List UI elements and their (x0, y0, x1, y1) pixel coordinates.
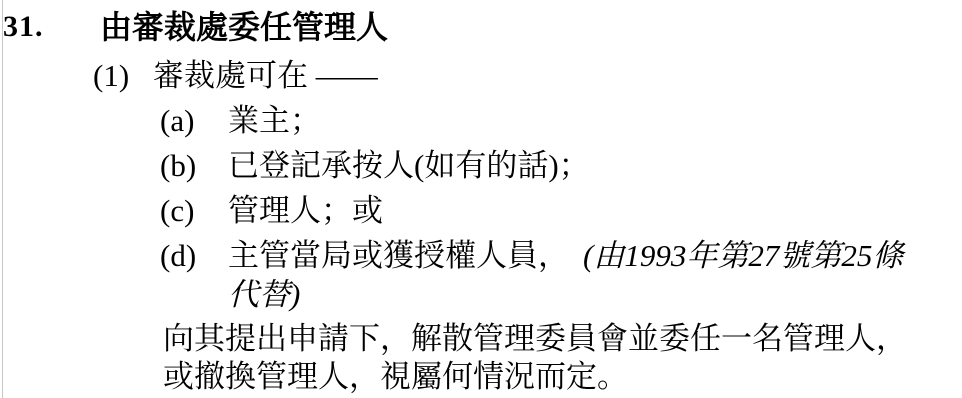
item-text: 業主； (228, 101, 321, 140)
item-text: 管理人；或 (228, 191, 383, 230)
page-edge-divider (2, 0, 3, 398)
subsection-1: (1) 審裁處可在 —— (93, 56, 962, 96)
closing-paragraph: 向其提出申請下，解散管理委員會並委任一名管理人，或撤換管理人，視屬何情況而定。 (163, 320, 915, 396)
item-text-main: 主管當局或獲授權人員， (228, 238, 569, 273)
list-item-a: (a) 業主； (160, 101, 962, 140)
section-number: 31. (3, 7, 100, 47)
item-marker: (a) (160, 101, 228, 140)
item-marker: (c) (160, 191, 228, 230)
item-marker: (b) (160, 146, 228, 185)
item-marker: (d) (160, 236, 228, 275)
section-title: 由審裁處委任管理人 (100, 7, 388, 47)
document-page: 31. 由審裁處委任管理人 (1) 審裁處可在 —— (a) 業主； (b) 已… (0, 0, 962, 398)
list-item-b: (b) 已登記承按人(如有的話)； (160, 146, 962, 185)
list-item-d: (d) 主管當局或獲授權人員，(由1993年第27號第25條代替) (160, 236, 962, 314)
subsection-intro-text: 審裁處可在 —— (153, 56, 378, 96)
section-heading: 31. 由審裁處委任管理人 (3, 7, 962, 47)
list-item-c: (c) 管理人；或 (160, 191, 962, 230)
subsection-marker: (1) (93, 56, 153, 96)
item-text: 主管當局或獲授權人員，(由1993年第27號第25條代替) (228, 236, 933, 314)
item-text: 已登記承按人(如有的話)； (228, 146, 590, 185)
